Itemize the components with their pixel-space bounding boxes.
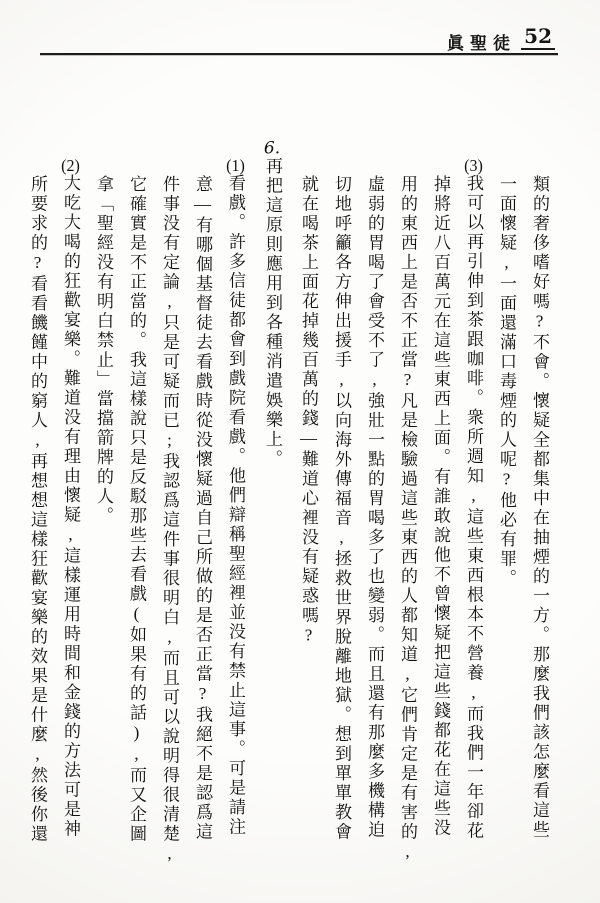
- section-number: (1): [226, 157, 245, 174]
- section-number: (2): [61, 157, 80, 174]
- text-column-2: (2)大吃大喝的狂歡宴樂。難道没有理由懷疑,這樣運用時間和金錢的方法可是神: [54, 140, 87, 885]
- text-column-1: (1)看戲。許多信徒都會到戲院看戲。他們辯稱聖經裡並没有禁止這事。可是請注: [219, 140, 252, 885]
- text-column-3: (3)我可以再引伸到茶跟咖啡。衆所週知,這些東西根本不營養,而我們一年卻花: [457, 140, 490, 885]
- text-column: 它確實是不正當的。我這樣說只是反駁那些去看戲(如果有的話),而又企圖: [120, 140, 153, 885]
- book-title: 眞聖徒: [447, 29, 516, 54]
- text-column: 用的東西上是否不正當?凡是檢驗過這些東西的人都知道,它們肯定是有害的,: [391, 140, 424, 885]
- text-column: 虛弱的胃喝了會受不了,強壯一點的胃喝多了也變弱。而且還有那麼多機構迫: [358, 140, 391, 885]
- text-column: 件事没有定論,只是可疑而已;我認爲這件事很明白,而且可以說明得很清楚,: [153, 140, 186, 885]
- section-number: 6.: [262, 140, 282, 157]
- text-column: 意—有哪個基督徒去看戲時從没懷疑過自己所做的是否正當?我絕不是認爲這: [186, 140, 219, 885]
- text-column: 一面懷疑,一面還滿口毒煙的人呢?他必有罪。: [490, 140, 523, 885]
- text-column: 切地呼籲各方伸出援手,以向海外傳福音,拯救世界脫離地獄。想到單單教會: [325, 140, 358, 885]
- text-column: 就在喝茶上面花掉幾百萬的錢—難道心裡没有疑惑嗎?: [292, 140, 325, 885]
- text-column: 拿「聖經没有明白禁止」當擋箭牌的人。: [87, 140, 120, 885]
- header-rule: [40, 53, 558, 55]
- section-number: (3): [464, 157, 483, 174]
- text-columns: 類的奢侈嗜好嗎?不會。懷疑全都集中在抽煙的一方。那麼我們該怎麼看這些一面懷疑,一…: [21, 140, 556, 885]
- text-column: 所要求的?看看饑饉中的窮人,再想想這樣狂歡宴樂的效果是什麼,然後你還: [21, 140, 54, 885]
- page-number: 52: [521, 25, 555, 50]
- scanned-book-page: 眞聖徒 52 類的奢侈嗜好嗎?不會。懷疑全都集中在抽煙的一方。那麼我們該怎麼看這…: [0, 0, 600, 903]
- text-column-6: 6.再把這原則應用到各種消遣娛樂上。: [255, 140, 289, 885]
- text-column: 掉將近八百萬元在這些東西上面。有誰敢說他不曾懷疑把這些錢都花在這些没: [424, 140, 457, 885]
- text-column: 類的奢侈嗜好嗎?不會。懷疑全都集中在抽煙的一方。那麼我們該怎麼看這些: [523, 140, 556, 885]
